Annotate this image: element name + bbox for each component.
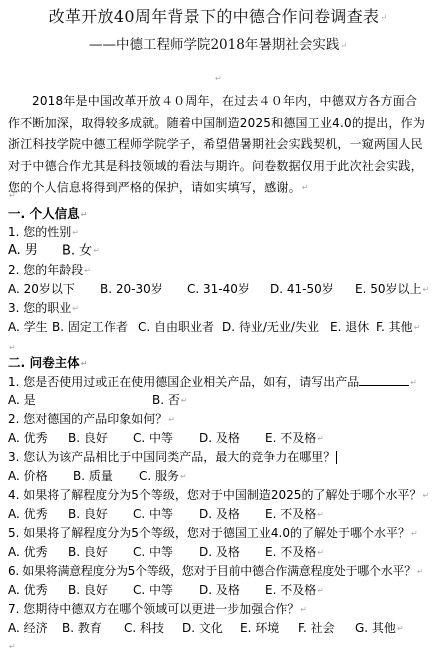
- question-german-products: 1. 您是否使用过或正在使用德国企业相关产品，如有，请写出产品↵: [8, 374, 417, 391]
- question-gender: 1. 您的性别↵: [8, 224, 79, 241]
- option-c[interactable]: C. 中等: [133, 506, 173, 522]
- question-competitiveness: 3. 您认为该产品相比于中国同类产品，最大的竞争力在哪里？: [8, 449, 337, 465]
- option-e[interactable]: E. 退休: [330, 319, 369, 335]
- paragraph-mark-icon: ↵: [317, 434, 324, 443]
- empty-paragraph: ↵: [8, 638, 16, 649]
- option-b[interactable]: B. 女↵: [62, 243, 100, 260]
- empty-paragraph: ↵: [214, 70, 222, 87]
- option-c[interactable]: C. 31-40岁: [187, 281, 250, 297]
- paragraph-mark-icon: ↵: [168, 415, 175, 424]
- option-d[interactable]: D. 41-50岁: [270, 281, 334, 297]
- paragraph-mark-icon: ↵: [317, 510, 324, 519]
- paragraph-mark-icon: ↵: [180, 472, 187, 481]
- paragraph-mark-icon: ↵: [9, 642, 16, 649]
- paragraph-mark-icon: ↵: [81, 359, 88, 368]
- option-b[interactable]: B. 20-30岁: [100, 281, 163, 297]
- option-a[interactable]: A. 经济: [8, 620, 48, 636]
- empty-paragraph: ↵: [8, 339, 16, 356]
- section-heading-main-survey: 二. 问卷主体↵: [8, 355, 87, 372]
- option-c[interactable]: C. 服务↵: [139, 468, 187, 485]
- option-c[interactable]: C. 中等: [133, 544, 173, 560]
- paragraph-mark-icon: ↵: [317, 586, 324, 595]
- document-title: 改革开放40周年背景下的中德合作问卷调查表↵: [0, 4, 436, 27]
- option-b[interactable]: B. 良好: [68, 582, 108, 598]
- option-a[interactable]: A. 优秀: [8, 506, 48, 522]
- option-b[interactable]: B. 否↵: [152, 392, 188, 409]
- option-d[interactable]: D. 及格: [199, 430, 240, 446]
- paragraph-mark-icon: ↵: [181, 396, 188, 405]
- option-b[interactable]: B. 教育: [62, 620, 102, 636]
- option-c[interactable]: C. 自由职业者: [138, 319, 214, 335]
- question-occupation: 3. 您的职业↵: [8, 300, 79, 317]
- paragraph-mark-icon: ↵: [422, 491, 429, 500]
- document-subtitle: ——中德工程师学院2018年暑期社会实践↵: [0, 33, 436, 53]
- option-a[interactable]: A. 优秀: [8, 430, 48, 446]
- option-a[interactable]: A. 优秀: [8, 544, 48, 560]
- option-g[interactable]: G. 其他↵: [355, 620, 404, 637]
- option-b[interactable]: B. 质量: [73, 468, 113, 484]
- paragraph-mark-icon: ↵: [317, 548, 324, 557]
- option-b[interactable]: B. 良好: [68, 506, 108, 522]
- option-d[interactable]: D. 及格: [199, 506, 240, 522]
- option-e[interactable]: E. 环境: [240, 620, 279, 636]
- question-age: 2. 您的年龄段↵: [8, 262, 91, 279]
- document-page: 改革开放40周年背景下的中德合作问卷调查表↵ ——中德工程师学院2018年暑期社…: [0, 0, 436, 649]
- paragraph-mark-icon: ↵: [215, 74, 222, 83]
- option-a[interactable]: A. 是: [8, 392, 36, 408]
- text-cursor: [336, 451, 337, 464]
- question-cooperation-field: 7. 您期待中德双方在哪个领域可以更进一步加强合作？↵: [8, 601, 307, 618]
- option-c[interactable]: C. 中等: [133, 430, 173, 446]
- option-b[interactable]: B. 固定工作者: [52, 319, 128, 335]
- option-d[interactable]: D. 及格: [199, 544, 240, 560]
- option-e[interactable]: E. 不及格↵: [265, 582, 324, 599]
- paragraph-mark-icon: ↵: [417, 567, 423, 576]
- option-e[interactable]: E. 50岁以上↵: [355, 281, 429, 298]
- option-f[interactable]: F. 社会: [298, 620, 335, 636]
- option-b[interactable]: B. 良好: [68, 544, 108, 560]
- paragraph-mark-icon: ↵: [302, 183, 309, 192]
- paragraph-mark-icon: ↵: [9, 343, 16, 352]
- option-e[interactable]: E. 不及格↵: [265, 506, 324, 523]
- option-a[interactable]: A. 男: [8, 243, 38, 259]
- option-c[interactable]: C. 中等: [133, 582, 173, 598]
- option-e[interactable]: E. 不及格↵: [265, 430, 324, 447]
- option-a[interactable]: A. 优秀: [8, 582, 48, 598]
- paragraph-mark-icon: ↵: [300, 605, 307, 614]
- paragraph-mark-icon: ↵: [72, 228, 79, 237]
- paragraph-mark-icon: ↵: [9, 191, 16, 200]
- paragraph-mark-icon: ↵: [81, 210, 88, 219]
- paragraph-mark-icon: ↵: [397, 624, 404, 633]
- question-made-in-china-2025: 4. 如果将了解程度分为5个等级，您对于中国制造2025的了解处于哪个水平？↵: [8, 487, 429, 504]
- paragraph-mark-icon: ↵: [411, 529, 418, 538]
- option-d[interactable]: D. 文化: [182, 620, 223, 636]
- question-industry-4: 5. 如果将了解程度分为5个等级，您对于德国工业4.0的了解处于哪个水平？↵: [8, 525, 418, 542]
- question-cooperation-satisfaction: 6. 如果将满意程度分为5个等级，您对于目前中德合作满意程度处于哪个水平？↵: [8, 563, 423, 580]
- paragraph-mark-icon: ↵: [414, 323, 421, 332]
- paragraph-mark-icon: ↵: [422, 285, 429, 294]
- option-d[interactable]: D. 待业/无业/失业: [222, 319, 319, 335]
- paragraph-mark-icon: ↵: [380, 13, 387, 22]
- section-heading-personal-info: 一. 个人信息↵: [8, 206, 87, 223]
- paragraph-mark-icon: ↵: [72, 304, 79, 313]
- option-a[interactable]: A. 20岁以下: [8, 281, 75, 297]
- paragraph-mark-icon: ↵: [340, 41, 347, 50]
- option-e[interactable]: E. 不及格↵: [265, 544, 324, 561]
- question-product-impression: 2. 您对德国的产品印象如何？↵: [8, 411, 175, 428]
- paragraph-mark-icon: ↵: [93, 246, 100, 255]
- product-answer-blank[interactable]: [359, 374, 409, 386]
- option-f[interactable]: F. 其他↵: [376, 319, 420, 336]
- empty-paragraph: ↵: [8, 187, 16, 204]
- paragraph-mark-icon: ↵: [410, 378, 417, 387]
- option-d[interactable]: D. 及格: [199, 582, 240, 598]
- option-a[interactable]: A. 价格: [8, 468, 48, 484]
- option-c[interactable]: C. 科技: [124, 620, 164, 636]
- option-b[interactable]: B. 良好: [68, 430, 108, 446]
- paragraph-mark-icon: ↵: [84, 266, 91, 275]
- option-a[interactable]: A. 学生: [8, 319, 48, 335]
- intro-paragraph: 2018年是中国改革开放４０周年，在过去４０年内，中德双方各方面合作不断加深，取…: [8, 91, 428, 199]
